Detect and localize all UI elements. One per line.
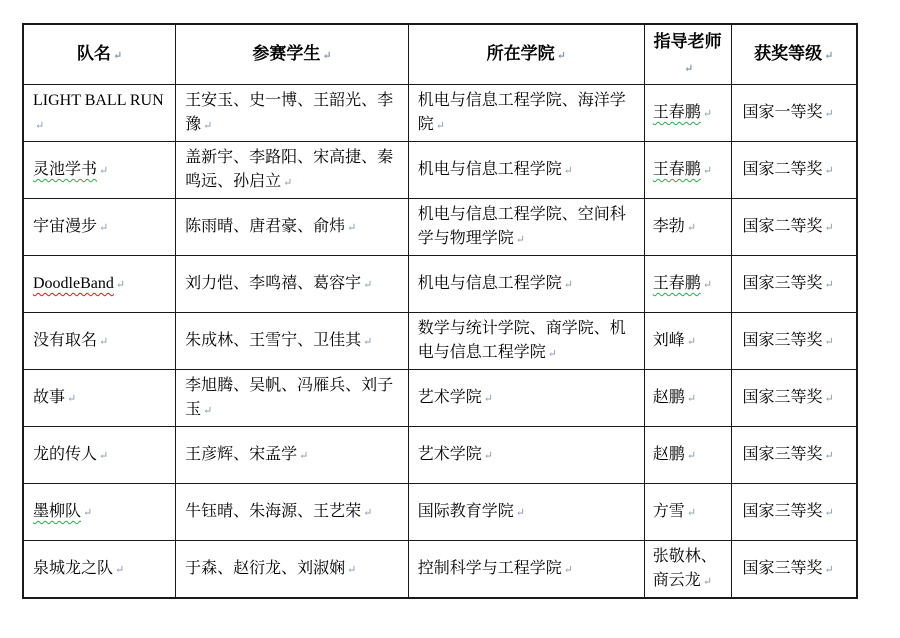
header-advisor-label: 指导老师 bbox=[654, 32, 722, 51]
paragraph-mark-icon: ↵ bbox=[564, 562, 573, 579]
students-cell-text: 王彦辉、宋孟学 bbox=[185, 446, 297, 463]
college-cell: 艺术学院↵ bbox=[408, 427, 644, 484]
college-cell-text: 艺术学院 bbox=[418, 389, 482, 406]
students-cell-text: 牛钰晴、朱海源、王艺荣 bbox=[185, 503, 361, 520]
paragraph-mark-icon: ↵ bbox=[825, 277, 834, 294]
advisor-cell-text: 王春鹏 bbox=[653, 104, 701, 121]
paragraph-mark-icon: ↵ bbox=[825, 562, 834, 579]
students-cell: 盖新宇、李路阳、宋高捷、秦鸣远、孙启立↵ bbox=[176, 142, 409, 199]
paragraph-mark-icon: ↵ bbox=[99, 448, 108, 465]
students-cell-text: 王安玉、史一博、王韶光、李豫 bbox=[185, 92, 393, 133]
team-cell-text: 故事 bbox=[33, 389, 65, 406]
team-cell: DoodleBand↵ bbox=[23, 256, 176, 313]
students-cell: 牛钰晴、朱海源、王艺荣↵ bbox=[176, 484, 409, 541]
paragraph-mark-icon: ↵ bbox=[825, 163, 834, 180]
paragraph-mark-icon: ↵ bbox=[299, 448, 308, 465]
paragraph-mark-icon: ↵ bbox=[825, 505, 834, 522]
paragraph-mark-icon: ↵ bbox=[825, 448, 834, 465]
award-cell: 国家三等奖↵ bbox=[731, 370, 857, 427]
award-cell: 国家三等奖↵ bbox=[731, 541, 857, 599]
paragraph-mark-icon: ↵ bbox=[516, 232, 525, 249]
paragraph-mark-icon: ↵ bbox=[203, 403, 212, 420]
advisor-cell-text: 王春鹏 bbox=[653, 161, 701, 178]
award-cell-text: 国家三等奖 bbox=[743, 503, 823, 520]
award-cell-text: 国家一等奖 bbox=[743, 104, 823, 121]
paragraph-mark-icon: ↵ bbox=[363, 334, 372, 351]
paragraph-mark-icon: ↵ bbox=[363, 505, 372, 522]
award-table: 队名↵ 参赛学生↵ 所在学院↵ 指导老师↵ 获奖等级↵ LIGHT BALL R… bbox=[22, 23, 858, 599]
paragraph-mark-icon: ↵ bbox=[703, 574, 712, 591]
team-cell-text: 龙的传人 bbox=[33, 446, 97, 463]
paragraph-mark-icon: ↵ bbox=[115, 562, 124, 579]
college-cell: 机电与信息工程学院、空间科学与物理学院↵ bbox=[408, 199, 644, 256]
award-cell: 国家二等奖↵ bbox=[731, 199, 857, 256]
advisor-cell: 方雪↵ bbox=[644, 484, 731, 541]
advisor-cell: 赵鹏↵ bbox=[644, 370, 731, 427]
header-award: 获奖等级↵ bbox=[731, 24, 857, 85]
header-college: 所在学院↵ bbox=[408, 24, 644, 85]
paragraph-mark-icon: ↵ bbox=[347, 562, 356, 579]
paragraph-mark-icon: ↵ bbox=[83, 505, 92, 522]
college-cell-text: 数学与统计学院、商学院、机电与信息工程学院 bbox=[418, 320, 626, 361]
paragraph-mark-icon: ↵ bbox=[516, 505, 525, 522]
team-cell: 宇宙漫步↵ bbox=[23, 199, 176, 256]
college-cell: 艺术学院↵ bbox=[408, 370, 644, 427]
advisor-cell-text: 刘峰 bbox=[653, 332, 685, 349]
college-cell-text: 艺术学院 bbox=[418, 446, 482, 463]
header-team: 队名↵ bbox=[23, 24, 176, 85]
college-cell: 数学与统计学院、商学院、机电与信息工程学院↵ bbox=[408, 313, 644, 370]
paragraph-mark-icon: ↵ bbox=[116, 277, 125, 294]
advisor-cell: 王春鹏↵ bbox=[644, 256, 731, 313]
advisor-cell-text: 方雪 bbox=[653, 503, 685, 520]
college-cell: 控制科学与工程学院↵ bbox=[408, 541, 644, 599]
paragraph-mark-icon: ↵ bbox=[687, 334, 696, 351]
paragraph-mark-icon: ↵ bbox=[564, 163, 573, 180]
students-cell-text: 朱成林、王雪宁、卫佳其 bbox=[185, 332, 361, 349]
award-cell: 国家三等奖↵ bbox=[731, 484, 857, 541]
paragraph-mark-icon: ↵ bbox=[99, 220, 108, 237]
advisor-cell: 赵鹏↵ bbox=[644, 427, 731, 484]
award-cell-text: 国家三等奖 bbox=[743, 446, 823, 463]
table-row: 没有取名↵朱成林、王雪宁、卫佳其↵数学与统计学院、商学院、机电与信息工程学院↵刘… bbox=[23, 313, 857, 370]
award-cell: 国家三等奖↵ bbox=[731, 427, 857, 484]
table-row: 泉城龙之队↵于森、赵衍龙、刘淑娴↵控制科学与工程学院↵张敬林、商云龙↵国家三等奖… bbox=[23, 541, 857, 599]
team-cell-text: 墨柳队 bbox=[33, 503, 81, 520]
students-cell: 王安玉、史一博、王韶光、李豫↵ bbox=[176, 85, 409, 142]
college-cell-text: 控制科学与工程学院 bbox=[418, 560, 562, 577]
college-cell-text: 机电与信息工程学院、海洋学院 bbox=[418, 92, 626, 133]
team-cell: 墨柳队↵ bbox=[23, 484, 176, 541]
paragraph-mark-icon: ↵ bbox=[99, 334, 108, 351]
paragraph-mark-icon: ↵ bbox=[557, 49, 566, 65]
paragraph-mark-icon: ↵ bbox=[363, 277, 372, 294]
advisor-cell: 李勃↵ bbox=[644, 199, 731, 256]
advisor-cell: 刘峰↵ bbox=[644, 313, 731, 370]
header-row: 队名↵ 参赛学生↵ 所在学院↵ 指导老师↵ 获奖等级↵ bbox=[23, 24, 857, 85]
award-cell: 国家二等奖↵ bbox=[731, 142, 857, 199]
table-row: 故事↵李旭腾、吴帆、冯雁兵、刘子玉↵艺术学院↵赵鹏↵国家三等奖↵ bbox=[23, 370, 857, 427]
paragraph-mark-icon: ↵ bbox=[687, 220, 696, 237]
team-cell: 没有取名↵ bbox=[23, 313, 176, 370]
paragraph-mark-icon: ↵ bbox=[99, 163, 108, 180]
team-cell-text: 宇宙漫步 bbox=[33, 218, 97, 235]
award-cell: 国家三等奖↵ bbox=[731, 313, 857, 370]
award-cell-text: 国家三等奖 bbox=[743, 560, 823, 577]
advisor-cell: 王春鹏↵ bbox=[644, 85, 731, 142]
paragraph-mark-icon: ↵ bbox=[684, 62, 693, 78]
college-cell: 机电与信息工程学院↵ bbox=[408, 256, 644, 313]
students-cell: 李旭腾、吴帆、冯雁兵、刘子玉↵ bbox=[176, 370, 409, 427]
team-cell-text: 没有取名 bbox=[33, 332, 97, 349]
advisor-cell: 王春鹏↵ bbox=[644, 142, 731, 199]
paragraph-mark-icon: ↵ bbox=[825, 106, 834, 123]
team-cell: 龙的传人↵ bbox=[23, 427, 176, 484]
paragraph-mark-icon: ↵ bbox=[283, 175, 292, 192]
college-cell: 机电与信息工程学院↵ bbox=[408, 142, 644, 199]
header-team-label: 队名 bbox=[77, 44, 111, 63]
college-cell: 国际教育学院↵ bbox=[408, 484, 644, 541]
team-cell-text: 泉城龙之队 bbox=[33, 560, 113, 577]
college-cell-text: 国际教育学院 bbox=[418, 503, 514, 520]
college-cell-text: 机电与信息工程学院 bbox=[418, 161, 562, 178]
header-award-label: 获奖等级 bbox=[754, 44, 822, 63]
header-students: 参赛学生↵ bbox=[176, 24, 409, 85]
team-cell: 灵池学书↵ bbox=[23, 142, 176, 199]
team-cell: LIGHT BALL RUN↵ bbox=[23, 85, 176, 142]
paragraph-mark-icon: ↵ bbox=[484, 448, 493, 465]
paragraph-mark-icon: ↵ bbox=[113, 49, 122, 65]
students-cell: 刘力恺、李鸣禧、葛容宇↵ bbox=[176, 256, 409, 313]
students-cell: 于森、赵衍龙、刘淑娴↵ bbox=[176, 541, 409, 599]
advisor-cell-text: 王春鹏 bbox=[653, 275, 701, 292]
paragraph-mark-icon: ↵ bbox=[687, 448, 696, 465]
award-cell: 国家一等奖↵ bbox=[731, 85, 857, 142]
paragraph-mark-icon: ↵ bbox=[67, 391, 76, 408]
advisor-cell-text: 李勃 bbox=[653, 218, 685, 235]
students-cell: 朱成林、王雪宁、卫佳其↵ bbox=[176, 313, 409, 370]
header-students-label: 参赛学生 bbox=[252, 44, 320, 63]
award-cell-text: 国家三等奖 bbox=[743, 275, 823, 292]
paragraph-mark-icon: ↵ bbox=[687, 391, 696, 408]
paragraph-mark-icon: ↵ bbox=[825, 391, 834, 408]
students-cell: 陈雨晴、唐君豪、俞炜↵ bbox=[176, 199, 409, 256]
students-cell-text: 于森、赵衍龙、刘淑娴 bbox=[185, 560, 345, 577]
award-cell-text: 国家二等奖 bbox=[743, 218, 823, 235]
team-cell: 故事↵ bbox=[23, 370, 176, 427]
award-cell-text: 国家二等奖 bbox=[743, 161, 823, 178]
paragraph-mark-icon: ↵ bbox=[484, 391, 493, 408]
paragraph-mark-icon: ↵ bbox=[825, 334, 834, 351]
award-cell: 国家三等奖↵ bbox=[731, 256, 857, 313]
award-cell-text: 国家三等奖 bbox=[743, 389, 823, 406]
award-cell-text: 国家三等奖 bbox=[743, 332, 823, 349]
team-cell-text: DoodleBand bbox=[33, 275, 114, 292]
paragraph-mark-icon: ↵ bbox=[347, 220, 356, 237]
advisor-cell: 张敬林、商云龙↵ bbox=[644, 541, 731, 599]
table-row: 墨柳队↵牛钰晴、朱海源、王艺荣↵国际教育学院↵方雪↵国家三等奖↵ bbox=[23, 484, 857, 541]
team-cell-text: 灵池学书 bbox=[33, 161, 97, 178]
table-body: LIGHT BALL RUN↵王安玉、史一博、王韶光、李豫↵机电与信息工程学院、… bbox=[23, 85, 857, 599]
paragraph-mark-icon: ↵ bbox=[548, 346, 557, 363]
document-page: 队名↵ 参赛学生↵ 所在学院↵ 指导老师↵ 获奖等级↵ LIGHT BALL R… bbox=[0, 0, 900, 638]
table-row: LIGHT BALL RUN↵王安玉、史一博、王韶光、李豫↵机电与信息工程学院、… bbox=[23, 85, 857, 142]
students-cell-text: 李旭腾、吴帆、冯雁兵、刘子玉 bbox=[185, 377, 393, 418]
paragraph-mark-icon: ↵ bbox=[825, 220, 834, 237]
paragraph-mark-icon: ↵ bbox=[35, 118, 44, 135]
paragraph-mark-icon: ↵ bbox=[824, 49, 833, 65]
paragraph-mark-icon: ↵ bbox=[703, 277, 712, 294]
advisor-cell-text: 赵鹏 bbox=[653, 389, 685, 406]
paragraph-mark-icon: ↵ bbox=[703, 106, 712, 123]
table-row: 灵池学书↵盖新宇、李路阳、宋高捷、秦鸣远、孙启立↵机电与信息工程学院↵王春鹏↵国… bbox=[23, 142, 857, 199]
college-cell-text: 机电与信息工程学院 bbox=[418, 275, 562, 292]
students-cell-text: 刘力恺、李鸣禧、葛容宇 bbox=[185, 275, 361, 292]
paragraph-mark-icon: ↵ bbox=[436, 118, 445, 135]
paragraph-mark-icon: ↵ bbox=[703, 163, 712, 180]
table-row: DoodleBand↵刘力恺、李鸣禧、葛容宇↵机电与信息工程学院↵王春鹏↵国家三… bbox=[23, 256, 857, 313]
college-cell: 机电与信息工程学院、海洋学院↵ bbox=[408, 85, 644, 142]
students-cell: 王彦辉、宋孟学↵ bbox=[176, 427, 409, 484]
header-advisor: 指导老师↵ bbox=[644, 24, 731, 85]
table-row: 宇宙漫步↵陈雨晴、唐君豪、俞炜↵机电与信息工程学院、空间科学与物理学院↵李勃↵国… bbox=[23, 199, 857, 256]
header-college-label: 所在学院 bbox=[487, 44, 555, 63]
advisor-cell-text: 赵鹏 bbox=[653, 446, 685, 463]
table-row: 龙的传人↵王彦辉、宋孟学↵艺术学院↵赵鹏↵国家三等奖↵ bbox=[23, 427, 857, 484]
team-cell-text: LIGHT BALL RUN bbox=[33, 92, 164, 109]
paragraph-mark-icon: ↵ bbox=[687, 505, 696, 522]
paragraph-mark-icon: ↵ bbox=[203, 118, 212, 135]
team-cell: 泉城龙之队↵ bbox=[23, 541, 176, 599]
paragraph-mark-icon: ↵ bbox=[564, 277, 573, 294]
paragraph-mark-icon: ↵ bbox=[322, 49, 331, 65]
students-cell-text: 陈雨晴、唐君豪、俞炜 bbox=[185, 218, 345, 235]
